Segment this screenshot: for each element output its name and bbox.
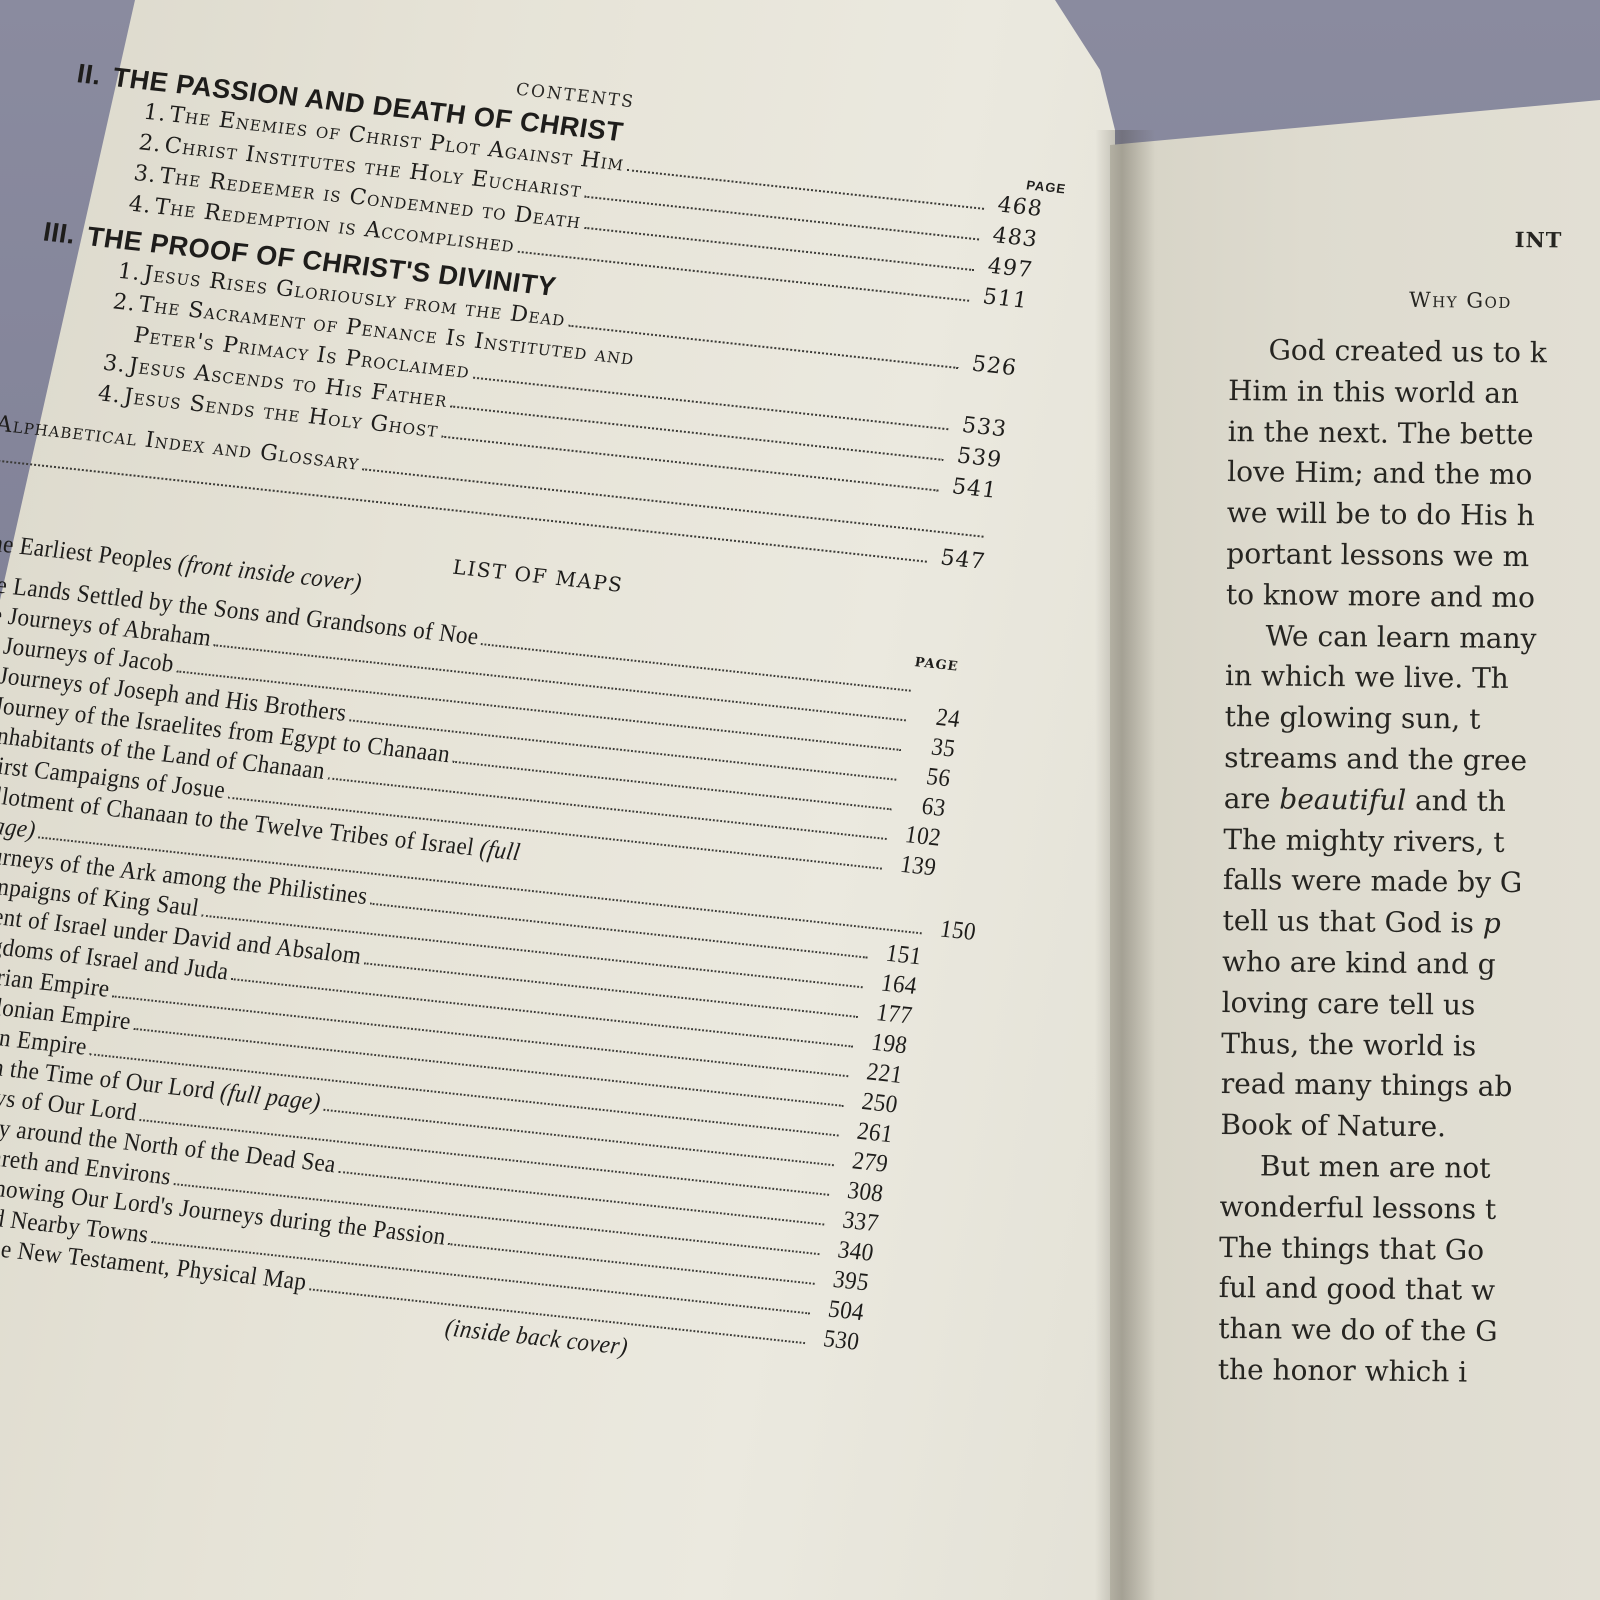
page-number: 504 bbox=[816, 1294, 867, 1329]
part-numeral: II. bbox=[51, 56, 104, 92]
body-line: The things that Go bbox=[1219, 1227, 1600, 1272]
page-number: 151 bbox=[873, 938, 924, 973]
body-line: who are kind and g bbox=[1222, 942, 1600, 987]
book-gutter bbox=[1095, 130, 1155, 1600]
page-number: 221 bbox=[854, 1056, 905, 1091]
body-line: God created us to k bbox=[1228, 330, 1600, 375]
page-number: 261 bbox=[845, 1116, 896, 1151]
page-number: 164 bbox=[869, 967, 920, 1002]
page-number: 139 bbox=[888, 849, 939, 884]
body-line: in which we live. Th bbox=[1225, 656, 1600, 701]
body-line: Him in this world an bbox=[1228, 371, 1600, 416]
body-line: But men are not bbox=[1220, 1146, 1600, 1191]
page-number: 279 bbox=[840, 1145, 891, 1180]
body-line: love Him; and the mo bbox=[1227, 452, 1600, 497]
page-number: 511 bbox=[973, 281, 1030, 317]
page-number: 150 bbox=[928, 913, 979, 948]
page-number: 63 bbox=[897, 789, 948, 824]
page-number: 35 bbox=[907, 730, 958, 765]
book-photo-scene: CONTENTS II.THE PASSION AND DEATH OF CHR… bbox=[0, 0, 1600, 1600]
body-line: than we do of the G bbox=[1218, 1309, 1600, 1354]
page-number: 395 bbox=[821, 1264, 872, 1299]
body-line: Thus, the world is bbox=[1221, 1024, 1600, 1069]
page-number: 250 bbox=[849, 1086, 900, 1121]
page-number: 547 bbox=[931, 542, 988, 578]
body-line: The mighty rivers, t bbox=[1223, 820, 1600, 865]
body-line: read many things ab bbox=[1221, 1064, 1600, 1109]
body-text: God created us to kHim in this world ani… bbox=[1218, 330, 1600, 1395]
page-number: 340 bbox=[825, 1234, 876, 1269]
part-numeral: III. bbox=[25, 215, 78, 251]
page-number: 308 bbox=[835, 1175, 886, 1210]
body-line: the glowing sun, t bbox=[1224, 697, 1600, 742]
body-line: portant lessons we m bbox=[1226, 534, 1600, 579]
body-line: loving care tell us bbox=[1221, 983, 1600, 1028]
body-line: Book of Nature. bbox=[1220, 1105, 1600, 1150]
section-heading: Why God bbox=[1409, 288, 1512, 313]
page-number: 526 bbox=[963, 348, 1020, 384]
page-number: 24 bbox=[912, 700, 963, 735]
body-line: in the next. The bette bbox=[1227, 412, 1600, 457]
body-line: the honor which i bbox=[1218, 1350, 1600, 1395]
body-line: streams and the gree bbox=[1224, 738, 1600, 783]
body-line: falls were made by G bbox=[1223, 860, 1600, 905]
page-number: 102 bbox=[893, 819, 944, 854]
body-line: we will be to do His h bbox=[1227, 493, 1600, 538]
page-number: 337 bbox=[830, 1205, 881, 1240]
page-number: 56 bbox=[902, 760, 953, 795]
body-line: We can learn many bbox=[1225, 616, 1600, 661]
body-line: ful and good that w bbox=[1218, 1268, 1600, 1313]
body-line: are beautiful and th bbox=[1224, 779, 1600, 824]
body-line: to know more and mo bbox=[1226, 575, 1600, 620]
chapter-heading: INT bbox=[1515, 227, 1563, 252]
body-line: tell us that God is p bbox=[1222, 901, 1600, 946]
page-number: 177 bbox=[864, 997, 915, 1032]
page-number: 198 bbox=[859, 1027, 910, 1062]
page-number: 530 bbox=[811, 1323, 862, 1358]
page-number: 541 bbox=[943, 470, 1000, 506]
body-line: wonderful lessons t bbox=[1219, 1187, 1600, 1232]
